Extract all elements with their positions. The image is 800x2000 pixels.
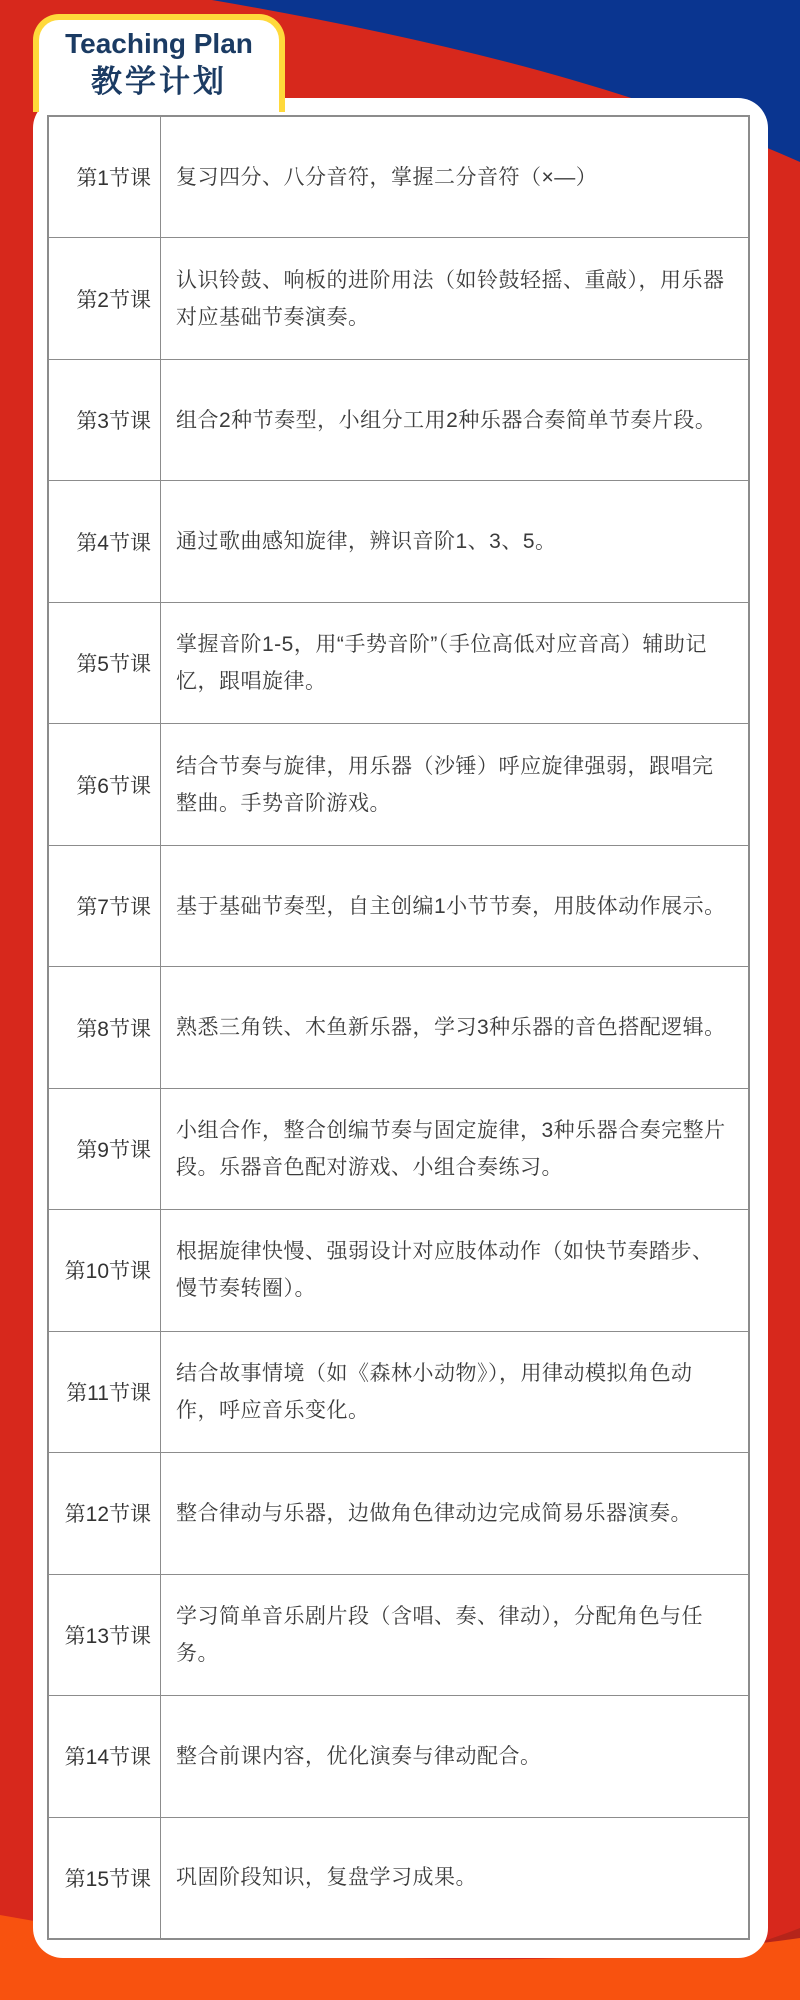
table-row: 第13节课 学习简单音乐剧片段（含唱、奏、律动），分配角色与任务。 (49, 1575, 748, 1696)
lesson-number-cell: 第10节课 (49, 1210, 161, 1330)
lesson-content-cell: 认识铃鼓、响板的进阶用法（如铃鼓轻摇、重敲），用乐器对应基础节奏演奏。 (161, 238, 748, 358)
lesson-content-cell: 组合2种节奏型，小组分工用2种乐器合奏简单节奏片段。 (161, 360, 748, 480)
lesson-number-cell: 第13节课 (49, 1575, 161, 1695)
lesson-number-cell: 第8节课 (49, 967, 161, 1087)
page-title-chinese: 教学计划 (91, 62, 227, 102)
lesson-content-cell: 小组合作，整合创编节奏与固定旋律，3种乐器合奏完整片段。乐器音色配对游戏、小组合… (161, 1089, 748, 1209)
lesson-plan-table: 第1节课 复习四分、八分音符，掌握二分音符（×—） 第2节课 认识铃鼓、响板的进… (47, 115, 750, 1940)
lesson-number-cell: 第5节课 (49, 603, 161, 723)
lesson-content-cell: 结合故事情境（如《森林小动物》），用律动模拟角色动作，呼应音乐变化。 (161, 1332, 748, 1452)
lesson-content-cell: 复习四分、八分音符，掌握二分音符（×—） (161, 117, 748, 237)
content-card: 第1节课 复习四分、八分音符，掌握二分音符（×—） 第2节课 认识铃鼓、响板的进… (33, 98, 768, 1958)
table-row: 第5节课 掌握音阶1-5，用“手势音阶”（手位高低对应音高）辅助记忆，跟唱旋律。 (49, 603, 748, 724)
table-row: 第11节课 结合故事情境（如《森林小动物》），用律动模拟角色动作，呼应音乐变化。 (49, 1332, 748, 1453)
lesson-content-cell: 结合节奏与旋律，用乐器（沙锤）呼应旋律强弱，跟唱完整曲。手势音阶游戏。 (161, 724, 748, 844)
table-row: 第2节课 认识铃鼓、响板的进阶用法（如铃鼓轻摇、重敲），用乐器对应基础节奏演奏。 (49, 238, 748, 359)
table-row: 第10节课 根据旋律快慢、强弱设计对应肢体动作（如快节奏踏步、慢节奏转圈）。 (49, 1210, 748, 1331)
table-row: 第12节课 整合律动与乐器，边做角色律动边完成简易乐器演奏。 (49, 1453, 748, 1574)
lesson-content-cell: 基于基础节奏型，自主创编1小节节奏，用肢体动作展示。 (161, 846, 748, 966)
lesson-number-cell: 第9节课 (49, 1089, 161, 1209)
table-row: 第14节课 整合前课内容，优化演奏与律动配合。 (49, 1696, 748, 1817)
lesson-number-cell: 第1节课 (49, 117, 161, 237)
lesson-content-cell: 根据旋律快慢、强弱设计对应肢体动作（如快节奏踏步、慢节奏转圈）。 (161, 1210, 748, 1330)
table-row: 第3节课 组合2种节奏型，小组分工用2种乐器合奏简单节奏片段。 (49, 360, 748, 481)
table-row: 第9节课 小组合作，整合创编节奏与固定旋律，3种乐器合奏完整片段。乐器音色配对游… (49, 1089, 748, 1210)
lesson-number-cell: 第4节课 (49, 481, 161, 601)
lesson-content-cell: 掌握音阶1-5，用“手势音阶”（手位高低对应音高）辅助记忆，跟唱旋律。 (161, 603, 748, 723)
table-row: 第1节课 复习四分、八分音符，掌握二分音符（×—） (49, 117, 748, 238)
table-row: 第6节课 结合节奏与旋律，用乐器（沙锤）呼应旋律强弱，跟唱完整曲。手势音阶游戏。 (49, 724, 748, 845)
table-row: 第7节课 基于基础节奏型，自主创编1小节节奏，用肢体动作展示。 (49, 846, 748, 967)
lesson-content-cell: 熟悉三角铁、木鱼新乐器，学习3种乐器的音色搭配逻辑。 (161, 967, 748, 1087)
lesson-number-cell: 第6节课 (49, 724, 161, 844)
lesson-content-cell: 通过歌曲感知旋律，辨识音阶1、3、5。 (161, 481, 748, 601)
lesson-content-cell: 整合律动与乐器，边做角色律动边完成简易乐器演奏。 (161, 1453, 748, 1573)
lesson-number-cell: 第15节课 (49, 1818, 161, 1938)
lesson-number-cell: 第12节课 (49, 1453, 161, 1573)
lesson-number-cell: 第11节课 (49, 1332, 161, 1452)
lesson-number-cell: 第2节课 (49, 238, 161, 358)
table-row: 第4节课 通过歌曲感知旋律，辨识音阶1、3、5。 (49, 481, 748, 602)
table-row: 第8节课 熟悉三角铁、木鱼新乐器，学习3种乐器的音色搭配逻辑。 (49, 967, 748, 1088)
lesson-content-cell: 学习简单音乐剧片段（含唱、奏、律动），分配角色与任务。 (161, 1575, 748, 1695)
lesson-content-cell: 整合前课内容，优化演奏与律动配合。 (161, 1696, 748, 1816)
lesson-number-cell: 第7节课 (49, 846, 161, 966)
lesson-content-cell: 巩固阶段知识，复盘学习成果。 (161, 1818, 748, 1938)
lesson-number-cell: 第3节课 (49, 360, 161, 480)
header-badge: Teaching Plan 教学计划 (33, 14, 285, 112)
page-title-english: Teaching Plan (65, 26, 253, 62)
lesson-number-cell: 第14节课 (49, 1696, 161, 1816)
table-row: 第15节课 巩固阶段知识，复盘学习成果。 (49, 1818, 748, 1938)
